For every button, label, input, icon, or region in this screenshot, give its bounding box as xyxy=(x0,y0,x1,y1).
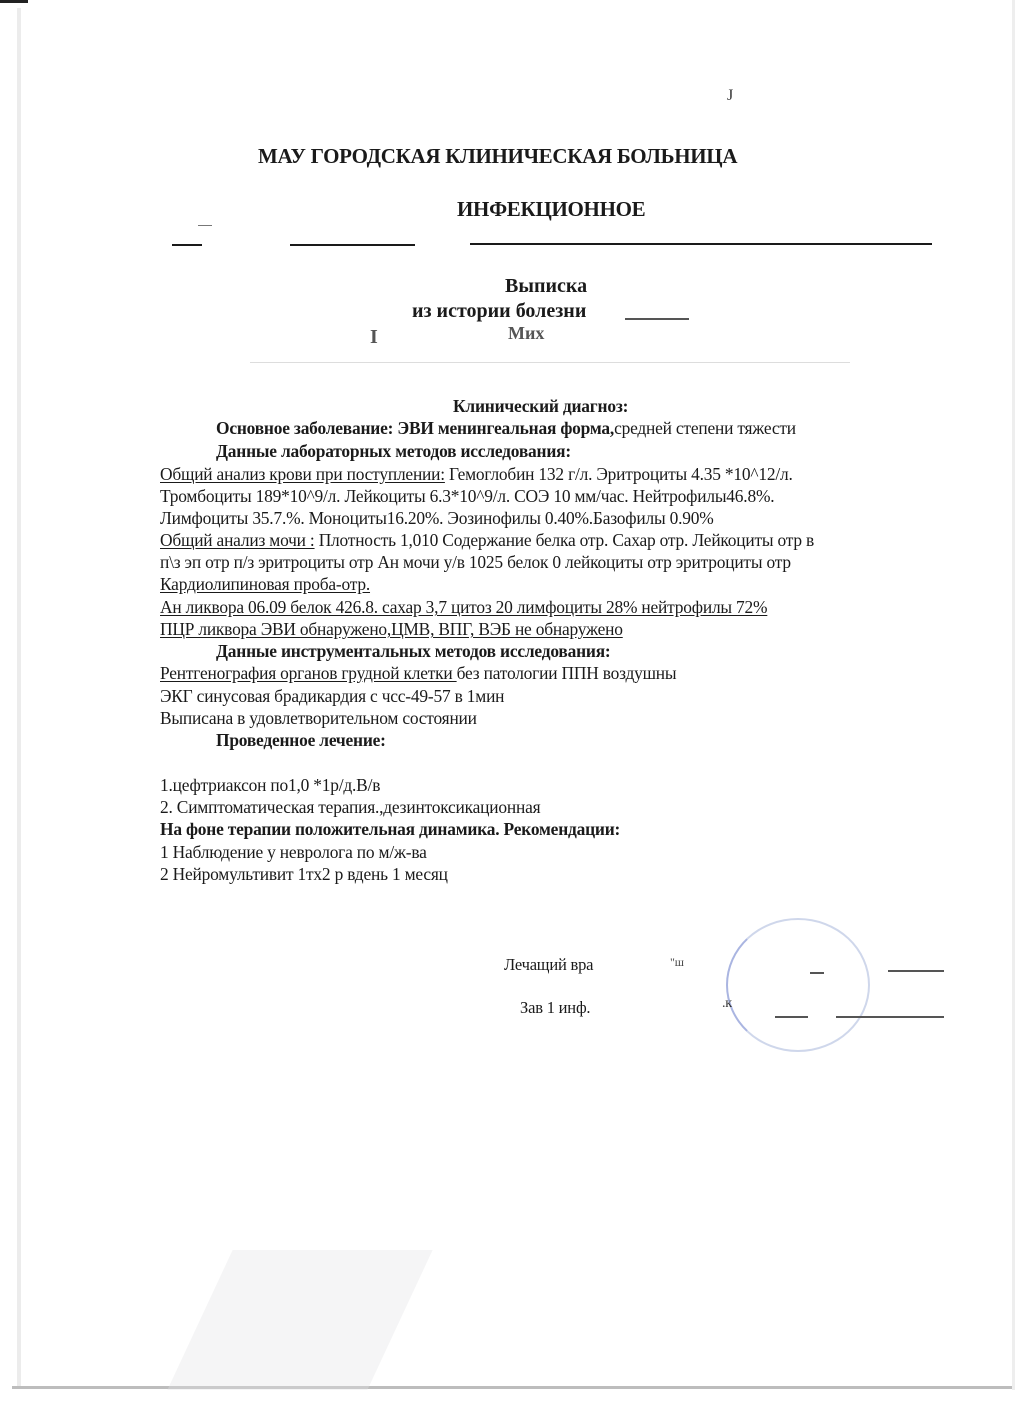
main-disease: Основное заболевание: ЭВИ менингеальная … xyxy=(216,418,796,439)
discharge-state: Выписана в удовлетворительном состоянии xyxy=(160,708,477,729)
blood-test-label: Общий анализ крови при поступлении: xyxy=(160,464,445,484)
xray-label: Рентгенография органов грудной клетки xyxy=(160,663,457,683)
redacted-patient-initial: I xyxy=(370,326,378,349)
blood-test-line-1: Общий анализ крови при поступлении: Гемо… xyxy=(160,464,793,485)
ecg-line: ЭКГ синусовая брадикардия с чсс-49-57 в … xyxy=(160,686,504,707)
official-stamp xyxy=(726,918,870,1052)
diagnosis-heading: Клинический диагноз: xyxy=(453,396,628,417)
redacted-record-number xyxy=(625,318,689,320)
csf-analysis: Ан ликвора 06.09 белок 426.8. сахар 3,7 … xyxy=(160,597,767,618)
treatment-heading: Проведенное лечение: xyxy=(216,730,386,751)
attending-doctor-label: Лечащий вра xyxy=(504,955,593,975)
department-head-fragment: .к xyxy=(722,996,732,1012)
cardiolipin-test: Кардиолипиновая проба-отр. xyxy=(160,574,370,595)
head-signature-dash xyxy=(775,1016,808,1018)
organization-name: МАУ ГОРОДСКАЯ КЛИНИЧЕСКАЯ БОЛЬНИЦА xyxy=(258,144,737,169)
urine-test-label: Общий анализ мочи : xyxy=(160,530,315,550)
xray-line: Рентгенография органов грудной клетки бе… xyxy=(160,663,676,684)
recommendation-item: 2 Нейромультивит 1тх2 р вдень 1 месяц xyxy=(160,864,448,885)
treatment-item: 1.цефтриаксон по1,0 *1р/д.В/в xyxy=(160,775,380,796)
scan-edge-top xyxy=(0,0,28,3)
main-disease-severity: средней степени тяжести xyxy=(614,418,796,438)
document-subtitle: из истории болезни xyxy=(412,300,586,323)
corner-mark: J xyxy=(727,87,733,105)
patient-name-fragment: Мих xyxy=(508,323,544,344)
redacted-patient-details xyxy=(250,362,850,363)
treatment-item: 2. Симптоматическая терапия.,дезинтоксик… xyxy=(160,797,540,818)
blood-test-values-1: Гемоглобин 132 г/л. Эритроциты 4.35 *10^… xyxy=(445,464,793,484)
urine-test-line-2: п\з эп отр п/з эритроциты отр Ан мочи у/… xyxy=(160,552,791,573)
paper-fold xyxy=(167,1250,432,1390)
urine-test-line-1: Общий анализ мочи : Плотность 1,010 Соде… xyxy=(160,530,814,551)
scan-edge-left xyxy=(17,8,21,1388)
attending-doctor-fragment: "ш xyxy=(670,955,684,970)
csf-pcr: ПЦР ликвора ЭВИ обнаружено,ЦМВ, ВПГ, ВЭБ… xyxy=(160,619,623,640)
header-rule-3 xyxy=(470,243,932,245)
header-rule-1 xyxy=(172,244,202,246)
head-signature-line xyxy=(836,1016,944,1018)
recommendation-item: 1 Наблюдение у невролога по м/ж-ва xyxy=(160,842,427,863)
attending-signature-line xyxy=(888,970,944,972)
xray-value: без патологии ППН воздушны xyxy=(457,663,677,683)
scan-edge-right xyxy=(1012,0,1015,1390)
header-rule-2 xyxy=(290,244,415,246)
main-disease-label: Основное заболевание: xyxy=(216,418,393,438)
document-title: Выписка xyxy=(505,275,587,298)
redacted-mark xyxy=(198,225,212,226)
attending-signature-dash xyxy=(810,972,824,974)
recommendations-heading: На фоне терапии положительная динамика. … xyxy=(160,819,620,840)
scan-edge-bottom xyxy=(12,1386,1012,1389)
blood-test-line-3: Лимфоциты 35.7.%. Моноциты16.20%. Эозино… xyxy=(160,508,714,529)
instrumental-heading: Данные инструментальных методов исследов… xyxy=(216,641,611,662)
department-head-label: Зав 1 инф. xyxy=(520,998,590,1018)
department-name: ИНФЕКЦИОННОЕ xyxy=(457,197,645,222)
main-disease-value: ЭВИ менингеальная форма, xyxy=(397,418,614,438)
blood-test-line-2: Тромбоциты 189*10^9/л. Лейкоциты 6.3*10^… xyxy=(160,486,774,507)
lab-heading: Данные лабораторных методов исследования… xyxy=(216,441,571,462)
urine-test-values-1: Плотность 1,010 Содержание белка отр. Са… xyxy=(315,530,815,550)
